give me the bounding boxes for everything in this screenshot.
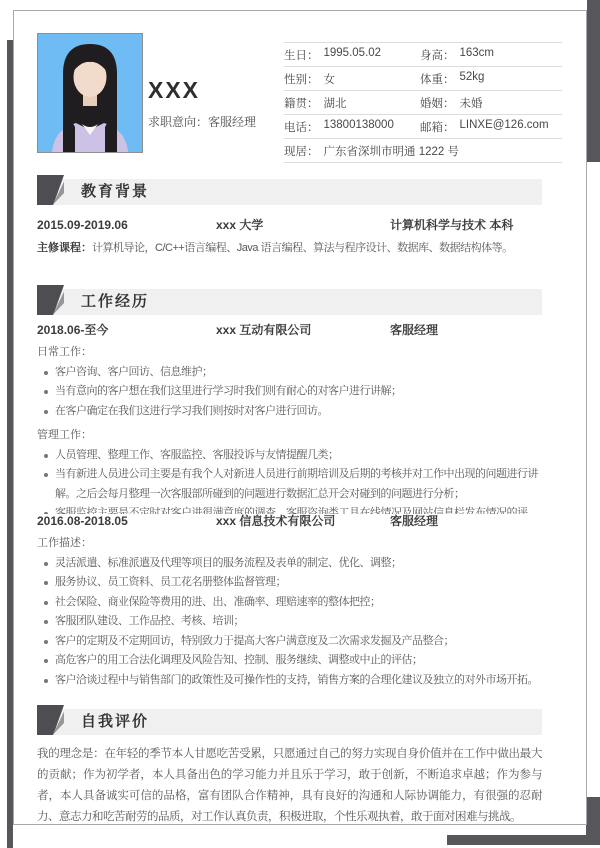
info-label: 电话： <box>284 119 319 135</box>
info-value: 湖北 <box>324 95 347 111</box>
bottom-right-accent-corner-horizontal <box>447 835 600 845</box>
info-value: LINXE@126.com <box>460 119 549 135</box>
self-evaluation-text: 我的理念是：在年轻的季节本人甘愿吃苦受累，只愿通过自己的努力实现自身价值并在工作… <box>37 744 542 828</box>
section-work-header: 工作经历 <box>37 289 542 315</box>
bullet-item: 灵活派遣、标准派遣及代理等项目的服务流程及表单的制定、优化、调整； <box>37 554 542 574</box>
bullet-item: 客户咨询、客户回访、信息维护； <box>37 363 542 383</box>
info-row: 电话：13800138000 邮箱：LINXE@126.com <box>284 115 562 139</box>
courses-text: 计算机导论，C/C++语言编程、Java 语言编程、算法与程序设计、数据库、数据… <box>92 242 513 254</box>
education-courses: 主修课程：计算机导论，C/C++语言编程、Java 语言编程、算法与程序设计、数… <box>37 239 542 259</box>
info-label: 生日： <box>284 47 319 63</box>
work-entry-1: 2018.06-至今 xxx 互动有限公司 客服经理 日常工作： 客户咨询、客户… <box>37 323 542 514</box>
job-intention: 求职意向：客服经理 <box>148 113 256 130</box>
courses-label: 主修课程： <box>37 242 92 254</box>
section-header-education: 教育背景 <box>37 179 542 205</box>
education-entry: 2015.09-2019.06 xxx 大学 计算机科学与技术 本科 <box>37 218 542 233</box>
info-value: 1995.05.02 <box>324 47 382 63</box>
bullet-item: 客户的定期及不定期回访，特别致力于提高大客户满意度及二次需求发掘及产品整合； <box>37 632 542 652</box>
info-label: 体重： <box>420 71 455 87</box>
entry-period: 2016.08-2018.05 <box>37 514 216 529</box>
info-label: 婚姻： <box>420 95 455 111</box>
bullet-item: 在客户确定在我们这进行学习我们则按时对客户进行回访。 <box>37 402 542 422</box>
bullet-item: 社会保险、商业保险等费用的进、出、准确率、理赔速率的整体把控； <box>37 593 542 613</box>
work-bullet-list: 灵活派遣、标准派遣及代理等项目的服务流程及表单的制定、优化、调整； 服务协议、员… <box>37 554 542 691</box>
personal-info-table: 生日：1995.05.02 身高：163cm 性别：女 体重：52kg 籍贯：湖… <box>284 42 562 163</box>
section-flag-icon <box>37 705 64 735</box>
info-value: 52kg <box>460 71 485 87</box>
section-header-work: 工作经历 <box>37 289 542 315</box>
name-block: XXX 求职意向：客服经理 <box>148 77 256 130</box>
section-education: 教育背景 2015.09-2019.06 xxx 大学 计算机科学与技术 本科 … <box>37 179 542 259</box>
section-flag-icon <box>37 175 64 205</box>
work-entry-2: 2016.08-2018.05 xxx 信息技术有限公司 客服经理 工作描述： … <box>37 514 542 704</box>
resume-page: XXX 求职意向：客服经理 生日：1995.05.02 身高：163cm 性别：… <box>0 0 600 848</box>
section-self-evaluation: 自我评价 我的理念是：在年轻的季节本人甘愿吃苦受累，只愿通过自己的努力实现自身价… <box>37 709 542 828</box>
bullet-item: 当有新进人员进公司主要是有我个人对新进人员进行前期培训及后期的考核并对工作中出现… <box>37 465 542 504</box>
info-label: 身高： <box>420 47 455 63</box>
bullet-item: 高危客户的用工合法化调理及风险告知、控制、服务继续、调整或中止的评估； <box>37 651 542 671</box>
work-entry-meta: 2018.06-至今 xxx 互动有限公司 客服经理 <box>37 323 542 338</box>
resume-card: XXX 求职意向：客服经理 生日：1995.05.02 身高：163cm 性别：… <box>13 10 587 825</box>
section-title: 教育背景 <box>37 179 542 205</box>
education-degree: 计算机科学与技术 本科 <box>390 218 542 233</box>
avatar-illustration <box>38 34 142 152</box>
info-value: 13800138000 <box>324 119 394 135</box>
work-group-label: 工作描述： <box>37 534 542 554</box>
info-value: 163cm <box>460 47 495 63</box>
info-value: 女 <box>324 71 336 87</box>
bullet-item: 服务协议、员工资料、员工花名册整体监督管理； <box>37 573 542 593</box>
entry-company: xxx 信息技术有限公司 <box>216 514 390 529</box>
info-row: 籍贯：湖北 婚姻：未婚 <box>284 91 562 115</box>
work-group-label: 管理工作： <box>37 426 542 446</box>
section-title: 自我评价 <box>37 709 542 735</box>
education-period: 2015.09-2019.06 <box>37 218 216 233</box>
section-flag-icon <box>37 285 64 315</box>
info-label: 性别： <box>284 71 319 87</box>
entry-role: 客服经理 <box>390 514 542 529</box>
bullet-item: 客户洽谈过程中与销售部门的政策性及可操作性的支持，销售方案的合理化建议及独立的对… <box>37 671 542 691</box>
entry-period: 2018.06-至今 <box>37 323 216 338</box>
section-header-self-evaluation: 自我评价 <box>37 709 542 735</box>
info-label: 邮箱： <box>420 119 455 135</box>
entry-role: 客服经理 <box>390 323 542 338</box>
section-title: 工作经历 <box>37 289 542 315</box>
profile-photo <box>37 33 143 153</box>
bullet-item: 人员管理、整理工作、客服监控、客服投诉与友情提醒几类； <box>37 446 542 466</box>
info-row: 生日：1995.05.02 身高：163cm <box>284 43 562 67</box>
info-label: 籍贯： <box>284 95 319 111</box>
info-value: 未婚 <box>460 95 483 111</box>
bullet-item: 客服团队建设、工作品控、考核、培训； <box>37 612 542 632</box>
info-row: 性别：女 体重：52kg <box>284 67 562 91</box>
education-school: xxx 大学 <box>216 218 390 233</box>
work-group-label: 日常工作： <box>37 343 542 363</box>
info-value: 广东省深圳市明通 1222 号 <box>324 143 459 159</box>
entry-company: xxx 互动有限公司 <box>216 323 390 338</box>
info-row: 现居：广东省深圳市明通 1222 号 <box>284 139 562 163</box>
candidate-name: XXX <box>148 77 256 104</box>
bullet-item: 客服监控主要是不定时对客户进很满意度的调查、客服咨询类工具在线情况及网站信息栏发… <box>37 504 542 514</box>
work-entry-meta: 2016.08-2018.05 xxx 信息技术有限公司 客服经理 <box>37 514 542 529</box>
bullet-item: 当有意向的客户想在我们这里进行学习时我们则有耐心的对客户进行讲解； <box>37 382 542 402</box>
work-bullet-list: 人员管理、整理工作、客服监控、客服投诉与友情提醒几类； 当有新进人员进公司主要是… <box>37 446 542 515</box>
top-right-accent-bar <box>587 0 600 162</box>
work-bullet-list: 客户咨询、客户回访、信息维护； 当有意向的客户想在我们这里进行学习时我们则有耐心… <box>37 363 542 422</box>
info-label: 现居： <box>284 143 319 159</box>
